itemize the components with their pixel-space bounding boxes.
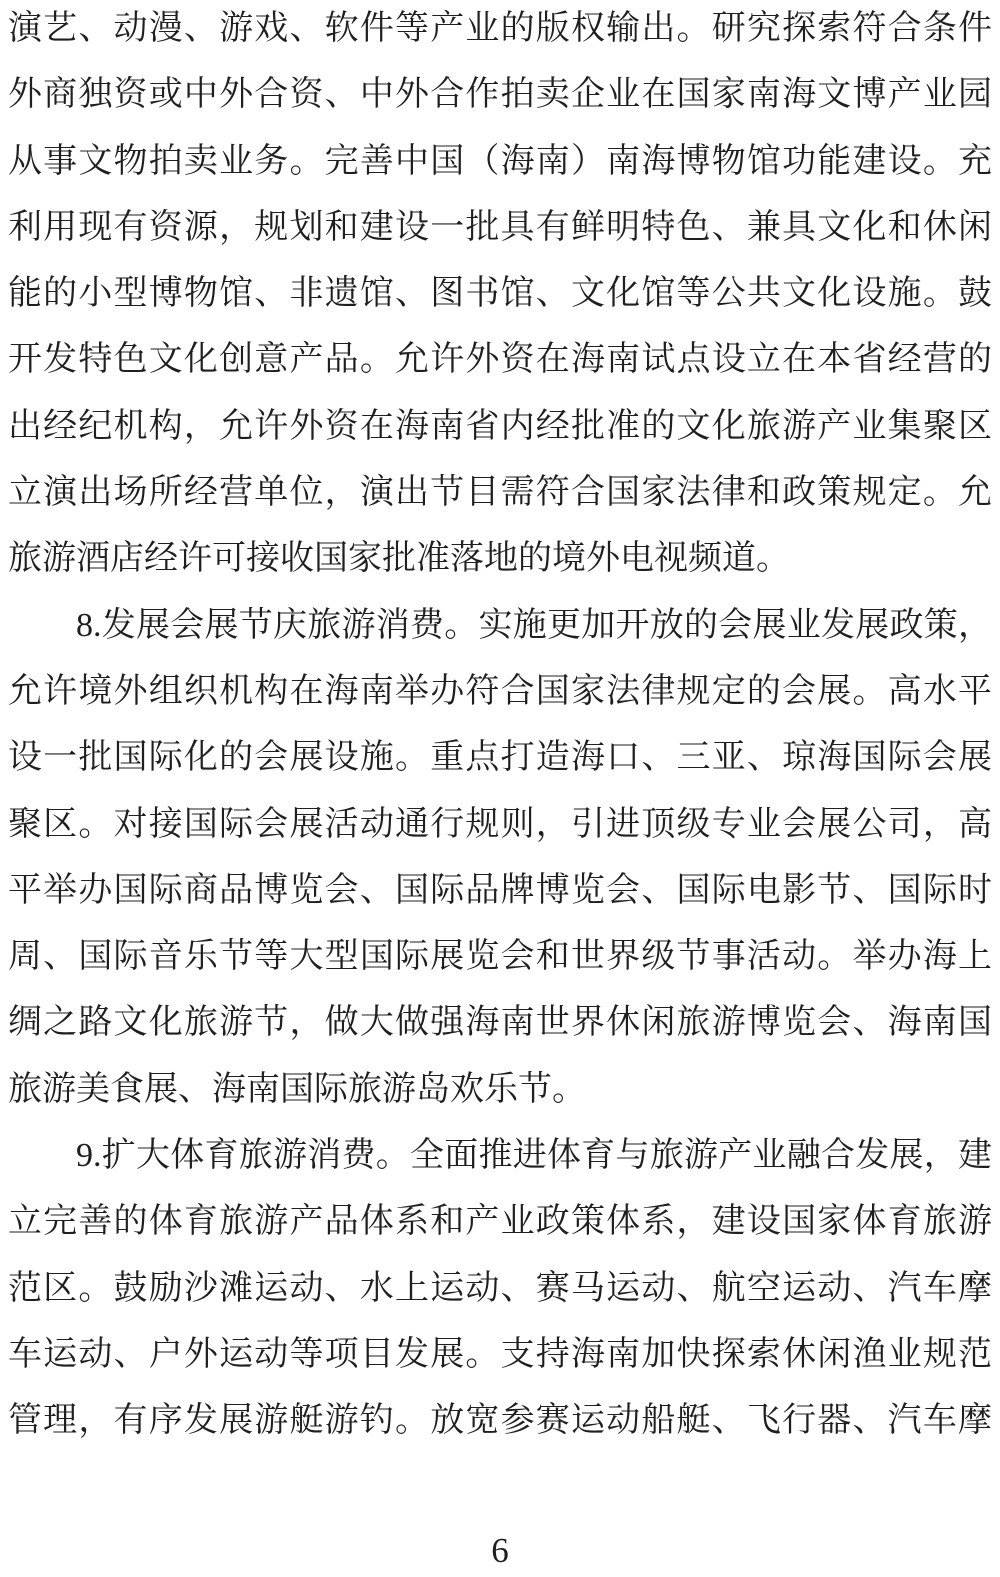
text-line: 周、国际音乐节等大型国际展览会和世界级节事活动。举办海上丝 <box>8 924 992 990</box>
text-line: 管理，有序发展游艇游钓。放宽参赛运动船艇、飞行器、汽车摩托 <box>8 1388 992 1454</box>
page-number: 6 <box>0 1531 1000 1571</box>
text-line: 外商独资或中外合资、中外合作拍卖企业在国家南海文博产业园区 <box>8 62 992 128</box>
text-line: 车运动、户外运动等项目发展。支持海南加快探索休闲渔业规范化 <box>8 1322 992 1388</box>
text-line: 立完善的体育旅游产品体系和产业政策体系，建设国家体育旅游示 <box>8 1189 992 1255</box>
text-line: 聚区。对接国际会展活动通行规则，引进顶级专业会展公司，高水 <box>8 792 992 858</box>
text-line: 出经纪机构，允许外资在海南省内经批准的文化旅游产业集聚区设 <box>8 394 992 460</box>
text-line: 从事文物拍卖业务。完善中国（海南）南海博物馆功能建设。充分 <box>8 129 992 195</box>
text-line: 绸之路文化旅游节，做大做强海南世界休闲旅游博览会、海南国际 <box>8 990 992 1056</box>
text-line: 9.扩大体育旅游消费。全面推进体育与旅游产业融合发展，建 <box>8 1123 992 1189</box>
text-line: 8.发展会展节庆旅游消费。实施更加开放的会展业发展政策， <box>8 593 992 659</box>
text-line: 利用现有资源，规划和建设一批具有鲜明特色、兼具文化和休闲功 <box>8 195 992 261</box>
text-line: 范区。鼓励沙滩运动、水上运动、赛马运动、航空运动、汽车摩托 <box>8 1256 992 1322</box>
text-line: 开发特色文化创意产品。允许外资在海南试点设立在本省经营的演 <box>8 327 992 393</box>
text-line: 平举办国际商品博览会、国际品牌博览会、国际电影节、国际时装 <box>8 858 992 924</box>
text-line: 能的小型博物馆、非遗馆、图书馆、文化馆等公共文化设施。鼓励 <box>8 261 992 327</box>
text-line: 旅游酒店经许可接收国家批准落地的境外电视频道。 <box>8 526 992 592</box>
text-line: 旅游美食展、海南国际旅游岛欢乐节。 <box>8 1057 992 1123</box>
document-page: 演艺、动漫、游戏、软件等产业的版权输出。研究探索符合条件的外商独资或中外合资、中… <box>0 0 1000 1577</box>
text-line: 设一批国际化的会展设施。重点打造海口、三亚、琼海国际会展集 <box>8 725 992 791</box>
text-line: 允许境外组织机构在海南举办符合国家法律规定的会展。高水平建 <box>8 659 992 725</box>
text-line: 演艺、动漫、游戏、软件等产业的版权输出。研究探索符合条件的 <box>8 0 992 62</box>
text-line: 立演出场所经营单位，演出节目需符合国家法律和政策规定。允许 <box>8 460 992 526</box>
document-body: 演艺、动漫、游戏、软件等产业的版权输出。研究探索符合条件的外商独资或中外合资、中… <box>8 0 992 1455</box>
